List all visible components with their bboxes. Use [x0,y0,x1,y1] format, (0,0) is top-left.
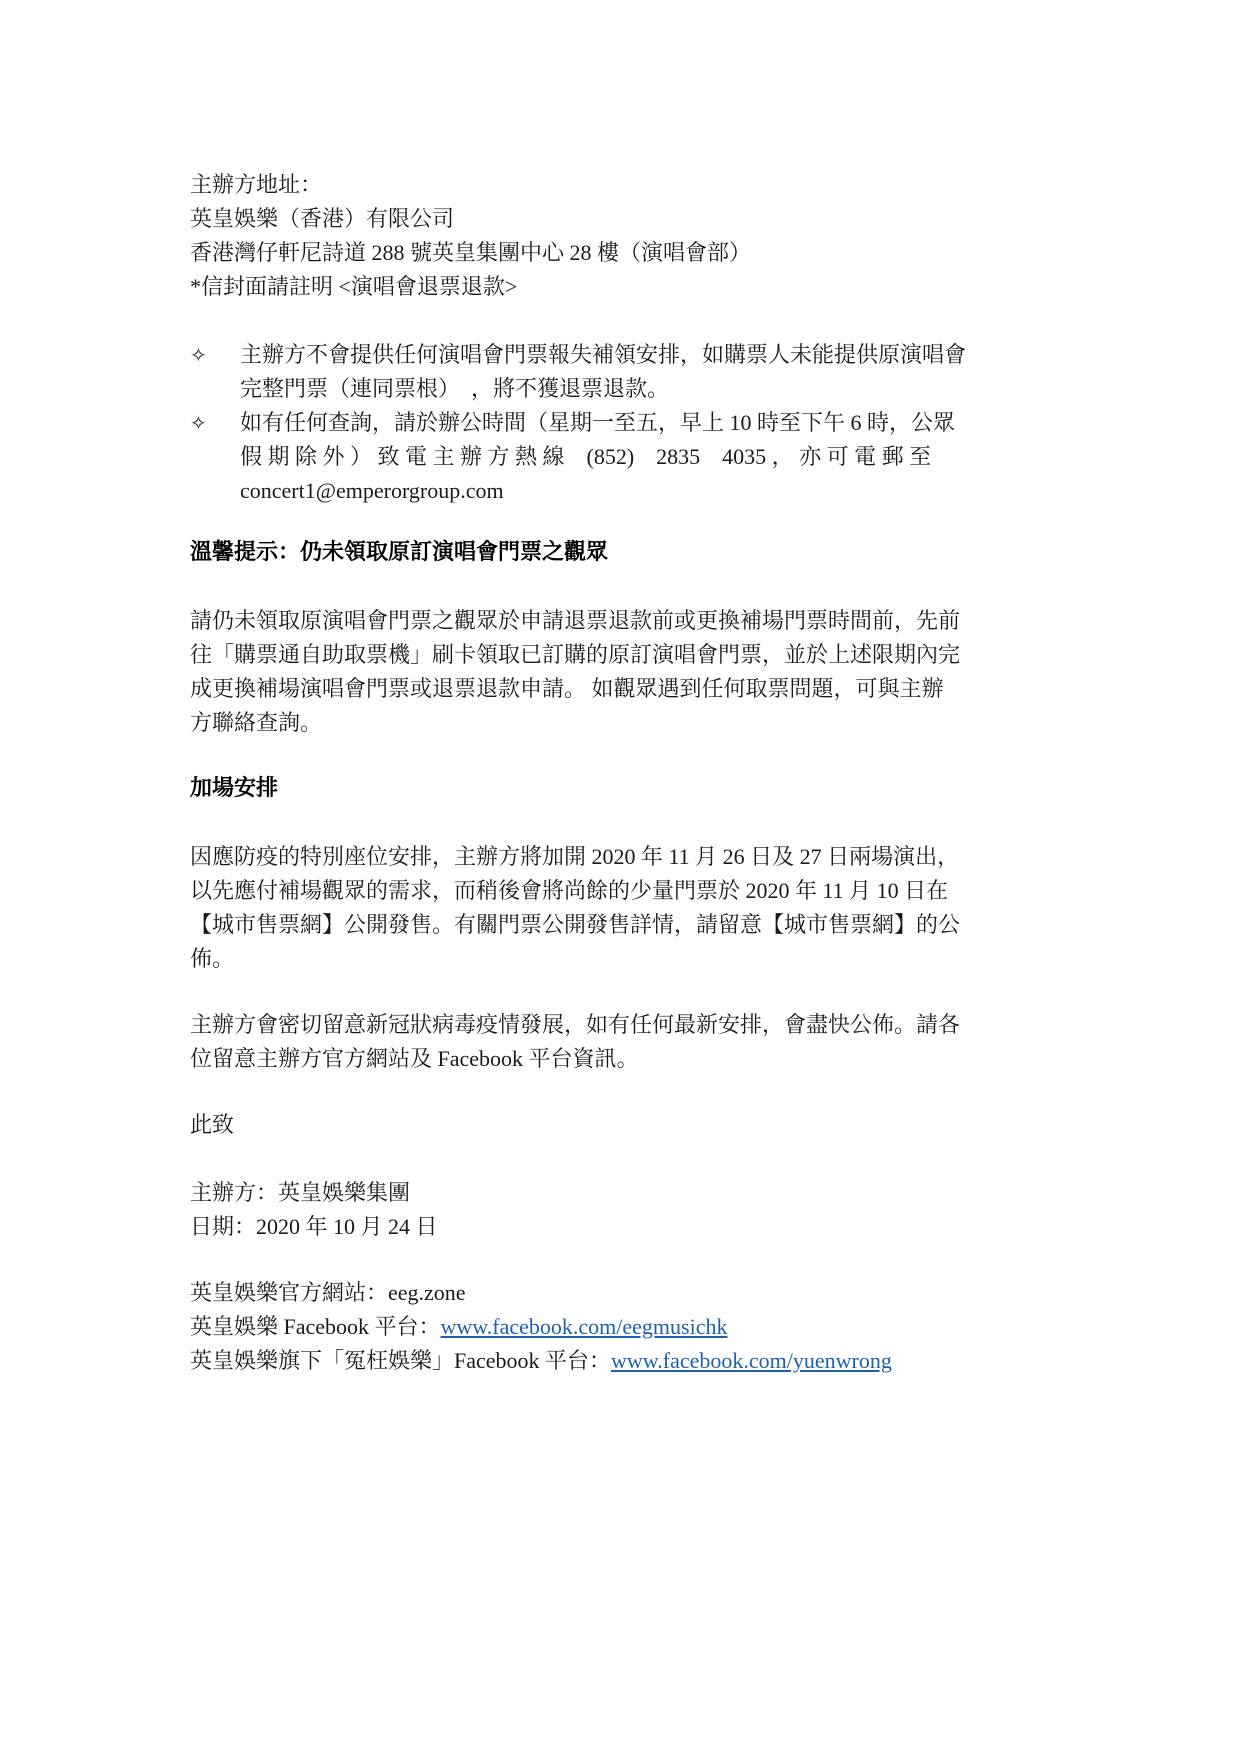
address-label: 主辦方地址： [190,168,322,202]
facebook-label: 英皇娛樂 Facebook 平台： [190,1314,441,1339]
website-label: 英皇娛樂官方網站： [190,1280,388,1305]
extra-shows-line-4: 佈。 [190,942,234,976]
envelope-note: *信封面請註明 <演唱會退票退款> [190,270,517,304]
organizer-signature: 主辦方：英皇娛樂集團 [190,1176,410,1210]
sparkle-bullet-icon: ✧ [190,406,207,440]
facebook-link[interactable]: www.facebook.com/eegmusichk [441,1314,728,1339]
reminder-line-1: 請仍未領取原演唱會門票之觀眾於申請退票退款前或更換補場門票時間前，先前 [190,604,960,638]
extra-shows-line-1: 因應防疫的特別座位安排，主辦方將加開 2020 年 11 月 26 日及 27 … [190,840,959,874]
website-row: 英皇娛樂官方網站：eeg.zone [190,1276,466,1310]
company-address: 香港灣仔軒尼詩道 288 號英皇集團中心 28 樓（演唱會部） [190,236,751,270]
update-notice-line-1: 主辦方會密切留意新冠狀病毒疫情發展，如有任何最新安排，會盡快公佈。請各 [190,1008,960,1042]
extra-shows-line-3: 【城市售票網】公開發售。有關門票公開發售詳情，請留意【城市售票網】的公 [190,908,960,942]
reminder-line-3: 成更換補場演唱會門票或退票退款申請。 如觀眾遇到任何取票問題，可與主辦 [190,672,944,706]
facebook-row: 英皇娛樂 Facebook 平台：www.facebook.com/eegmus… [190,1310,727,1344]
reminder-line-4: 方聯絡查詢。 [190,706,322,740]
contact-email[interactable]: concert1@emperorgroup.com [240,474,504,508]
bullet-1-line-1: 主辦方不會提供任何演唱會門票報失補領安排，如購票人未能提供原演唱會 [240,338,966,372]
sparkle-bullet-icon: ✧ [190,338,207,372]
extra-shows-heading: 加場安排 [190,772,278,806]
update-notice-line-2: 位留意主辦方官方網站及 Facebook 平台資訊。 [190,1042,639,1076]
bullet-1-line-2: 完整門票（連同票根） ，將不獲退票退款。 [240,372,669,406]
extra-shows-line-2: 以先應付補場觀眾的需求，而稍後會將尚餘的少量門票於 2020 年 11 月 10… [190,874,948,908]
yuenwrong-facebook-link[interactable]: www.facebook.com/yuenwrong [611,1348,892,1373]
yuenwrong-row: 英皇娛樂旗下「冤枉娛樂」Facebook 平台：www.facebook.com… [190,1344,892,1378]
bullet-2-line-1: 如有任何查詢，請於辦公時間（星期一至五，早上 10 時至下午 6 時，公眾 [240,406,955,440]
reminder-line-2: 往「購票通自助取票機」刷卡領取已訂購的原訂演唱會門票，並於上述限期內完 [190,638,960,672]
company-name: 英皇娛樂（香港）有限公司 [190,202,454,236]
yuenwrong-label: 英皇娛樂旗下「冤枉娛樂」Facebook 平台： [190,1348,611,1373]
bullet-2-line-2: 假 期 除 外 ） 致 電 主 辦 方 熱 線 (852) 2835 4035 … [240,440,931,474]
website-value: eeg.zone [388,1280,466,1305]
reminder-heading: 溫馨提示：仍未領取原訂演唱會門票之觀眾 [190,536,608,570]
issue-date: 日期：2020 年 10 月 24 日 [190,1210,438,1244]
salutation: 此致 [190,1108,234,1142]
